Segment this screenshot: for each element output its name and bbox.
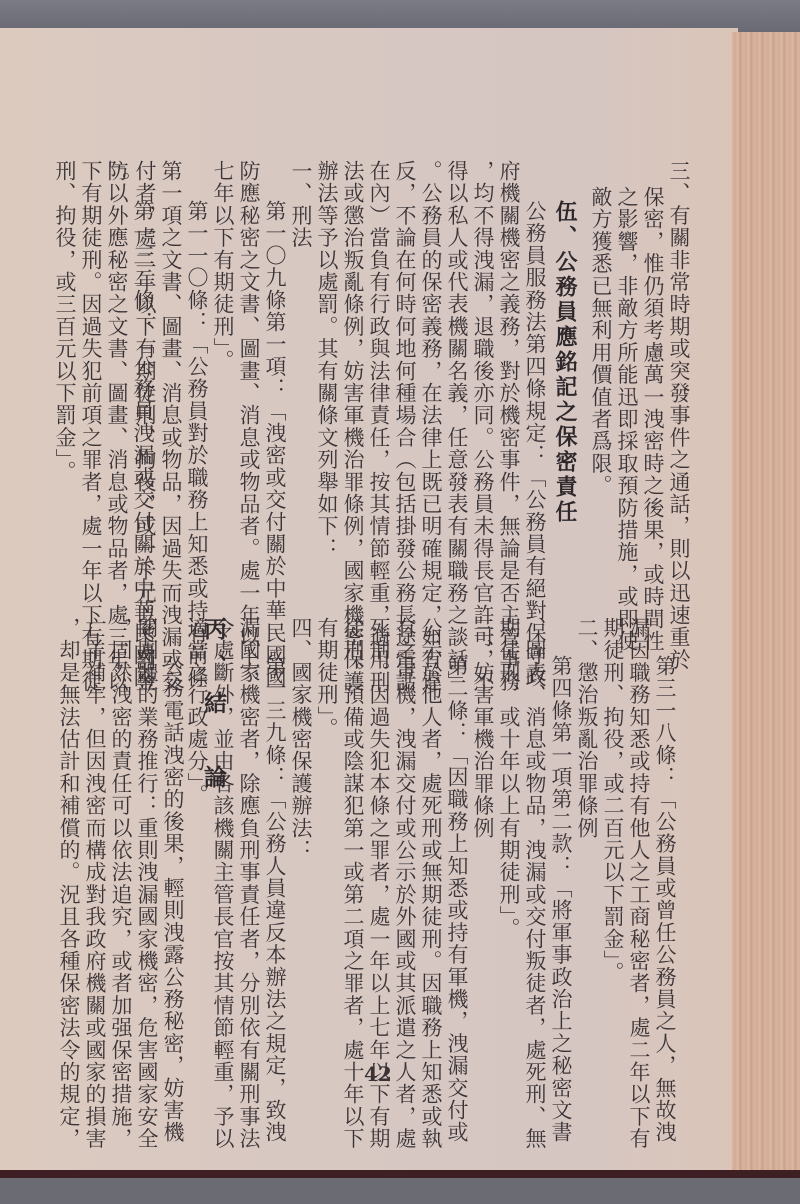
book-cover-edge (0, 1170, 800, 1178)
article-318-line-3: 期徒刑、拘役，或二百元以下罰金」。 (600, 617, 626, 984)
conclusion-line-5: ，却是無法估計和補償的。況且各種保密法令的規定， (56, 617, 82, 1150)
section-5-line-2: 府機關機密之義務，對於機密事件，無論是否主管事務 (496, 160, 522, 693)
criminal-law-line-3: 七年以下有期徒刑」。 (210, 160, 236, 372)
item-3-line-1: 三、有關非常時期或突發事件之通話，則以迅速重於 (666, 160, 692, 671)
state-secrets-line-2: 漏國家機密者，除應負刑事責任者，分別依有關刑事法 (236, 617, 262, 1150)
rebellion-act-heading: 二、懲治叛亂治罪條例 (574, 617, 600, 839)
item-3-line-2: 保密，惟仍須考慮萬一洩密時之後果，或時間性 (640, 186, 666, 652)
section-5-line-8: 法或懲治叛亂條例，妨害軍機治罪條例，國家機密保護 (340, 160, 366, 693)
section-5-line-9: 辦法等予以處罰。其有關條文列舉如下： (314, 160, 340, 560)
photo-backdrop-bottom (0, 1178, 800, 1204)
conclusion-line-3: ，固然洩密的責任可以依法追究，或者加强保密措施， (108, 617, 134, 1150)
item-3-line-4: 敵方獲悉已無利用價值者爲限。 (588, 186, 614, 497)
conclusion-heading: 丙、結 論 (200, 617, 226, 802)
state-secrets-heading: 四、國家機密保護辦法： (288, 617, 314, 861)
section-5-line-7: 在內）當負有行政與法律責任，按其情節輕重，適用刑 (366, 160, 392, 693)
item-3-line-3: 之影響，非敵方所能迅即採取預防措施，或即使 (614, 186, 640, 652)
rebellion-act-line-1: 第四條第一項第二款：「將軍事政治上之秘密文書 (548, 655, 574, 1143)
military-secrets-line-6: 有期徒刑」。 (314, 617, 340, 740)
rebellion-act-line-2: 、圖表、消息或物品，洩漏或交付叛徒者，處死刑、無 (522, 617, 548, 1150)
conclusion-line-2: 關團體的業務推行：重則洩漏國家機密，危害國家安全 (134, 617, 160, 1150)
rebellion-act-line-3: 期徒刑、或十年以上有期徒刑」。 (496, 617, 522, 940)
criminal-law-heading: 一、刑法 (288, 160, 314, 249)
page-number: 42 (364, 1062, 392, 1086)
section-5-line-6: 反，不論在何時何地何種場合（包括掛發公務長途電話 (392, 160, 418, 693)
section-5-line-5: 。公務員的保密義務，在法律上既已明確規定，如有違 (418, 160, 444, 693)
criminal-law-line-11: 刑、拘役，或三百元以下罰金」。 (52, 160, 78, 483)
military-secrets-line-2: 公示於他人者，處死刑或無期徒刑。因職務上知悉或執 (418, 617, 444, 1150)
page-edges (732, 32, 800, 1174)
section-5-heading: 伍、公務員應銘記之保密責任 (552, 200, 578, 525)
conclusion-line-1: 公務電話洩密的後果，輕則洩露公務秘密，妨害機 (160, 655, 186, 1143)
criminal-law-line-2: 防應秘密之文書、圖畫、消息或物品者。處一年以上， (236, 160, 262, 693)
section-5-line-4: 得以私人或代表機關名義，任意發表有關職務之談話」 (444, 160, 470, 693)
criminal-law-line-1: 第一〇九條第一項：「洩密或交付關於中華民國國 (262, 200, 288, 688)
article-318-line-1: 第三一八條：「公務員或曾任公務員之人，無故洩 (652, 655, 678, 1143)
criminal-law-line-8: 第一三二條：「公務員洩漏或交付關於中華民國國 (130, 200, 156, 688)
criminal-law-line-5: 第一項之文書、圖畫、消息或物品，因過失而洩漏或交 (158, 160, 184, 693)
section-5-line-1: 公務員服務法第四條規定：「公務員有絕對保守政 (522, 200, 548, 688)
conclusion-line-4: 亡羊補牢，但因洩密而構成對我政府機關或國家的損害 (82, 617, 108, 1150)
military-secrets-heading: 三、妨害軍機治罪條例 (470, 617, 496, 839)
military-secrets-line-1: 第二條：「因職務上知悉或持有軍機，洩漏交付或 (444, 655, 470, 1143)
military-secrets-line-5: 徒刑。預備或陰謀犯第一或第二項之罪者，處十年以下 (340, 617, 366, 1150)
criminal-law-line-4: 第一一〇條：「公務員對於職務上知悉或持有前條 (184, 200, 210, 688)
article-318-line-2: 漏因職務知悉或持有他人之工商秘密者，處二年以下有 (626, 617, 652, 1150)
state-secrets-line-1: 第一三九條：「公務人員違反本辦法之規定，致洩 (262, 655, 288, 1143)
criminal-law-line-9: 防以外應秘密之文書、圖畫、消息或物品者，處三年以 (104, 160, 130, 693)
section-5-line-3: ，均不得洩漏，退職後亦同。公務員未得長官許可，不 (470, 160, 496, 693)
criminal-law-line-10: 下有期徒刑。因過失犯前項之罪者，處一年以下有期徒 (78, 160, 104, 693)
military-secrets-line-3: 有之軍機，洩漏交付或公示於外國或其派遣之人者，處 (392, 617, 418, 1150)
